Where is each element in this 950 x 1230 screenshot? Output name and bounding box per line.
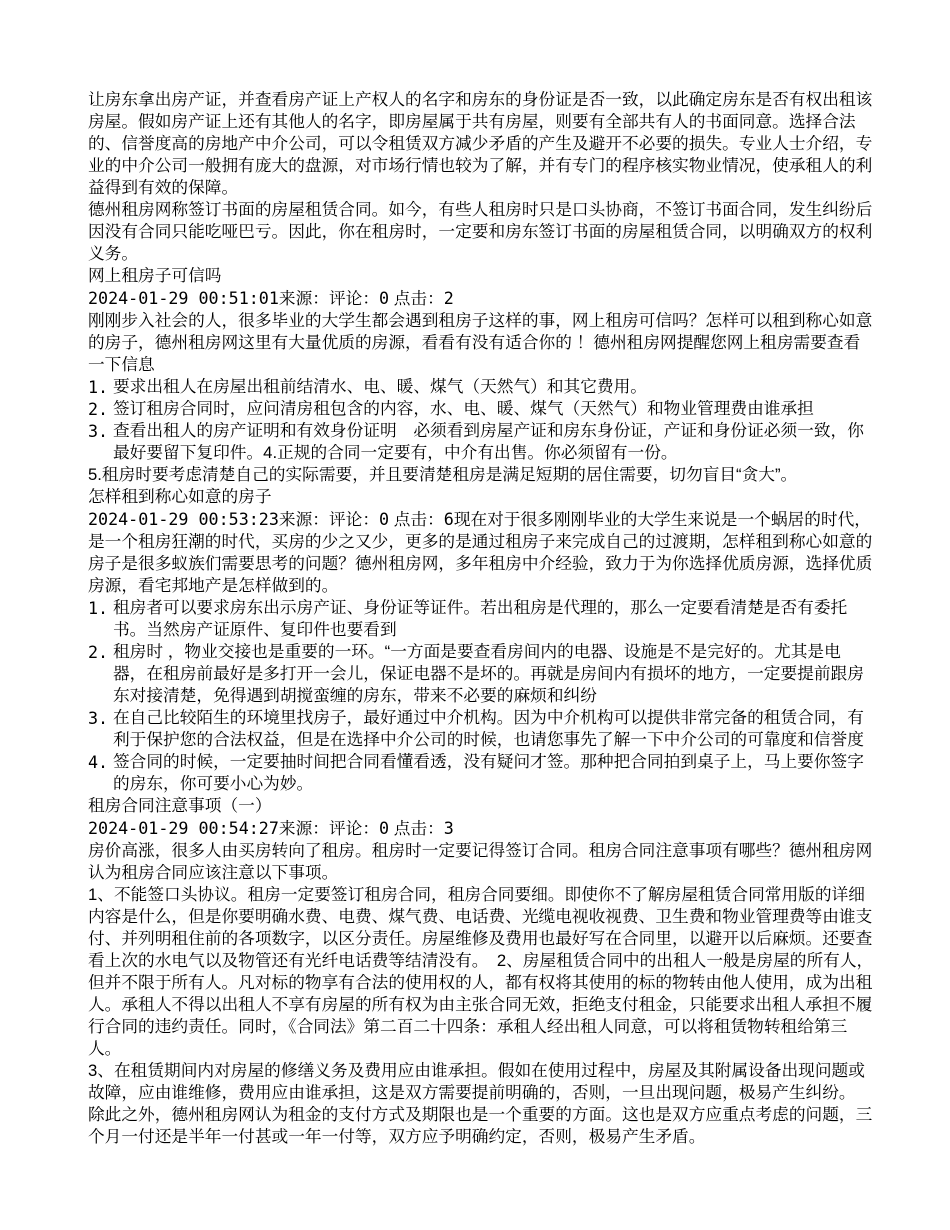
paragraph: 德州租房网称签订书面的房屋租赁合同。如今，有些人租房时只是口头协商，不签订书面合… [88, 199, 874, 265]
meta-source-label: 来源： [279, 289, 329, 308]
numbered-list: 1.租房者可以要求房东出示房产证、身份证等证件。若出租房是代理的，那么一定要看清… [88, 597, 874, 795]
paragraph: 1、不能签口头协议。租房一定要签订租房合同，租房合同要细。即使你不了解房屋租赁合… [88, 884, 874, 1060]
meta-source-label: 来源： [279, 819, 329, 838]
meta-clicks-count: 6 [444, 509, 454, 529]
list-item-number: 2. [88, 398, 113, 420]
meta-comments-label: 评论： [329, 819, 379, 838]
list-item: 1.要求出租人在房屋出租前结清水、电、暖、煤气（天然气）和其它费用。 [88, 376, 874, 398]
list-item: 3.查看出租人的房产证明和有效身份证明 必须看到房屋产证和房东身份证，产证和身份… [88, 420, 874, 464]
paragraph: 房价高涨，很多人由买房转向了租房。租房时一定要记得签订合同。租房合同注意事项有哪… [88, 840, 874, 884]
article-title: 租房合同注意事项（一） [88, 795, 874, 817]
list-item-text: 在自己比较陌生的环境里找房子，最好通过中介机构。因为中介机构可以提供非常完备的租… [113, 707, 874, 751]
meta-clicks-count: 2 [444, 288, 454, 308]
paragraph: 除此之外，德州租房网认为租金的支付方式及期限也是一个重要的方面。这也是双方应重点… [88, 1104, 874, 1148]
article-meta: 2024-01-29 00:51:01来源：评论：0 点击：2 [88, 287, 874, 310]
meta-datetime: 2024-01-29 00:51:01 [88, 288, 279, 308]
list-item-number: 2. [88, 641, 113, 707]
list-item: 3.在自己比较陌生的环境里找房子，最好通过中介机构。因为中介机构可以提供非常完备… [88, 707, 874, 751]
list-item-text: 租房时 ，物业交接也是重要的一环。“一方面是要查看房间内的电器、设施是不是完好的… [113, 641, 874, 707]
paragraph: 让房东拿出房产证，并查看房产证上产权人的名字和房东的身份证是否一致，以此确定房东… [88, 89, 874, 199]
list-item-text: 签订租房合同时，应问清房租包含的内容，水、电、暖、煤气（天然气）和物业管理费由谁… [113, 398, 874, 420]
list-item-number: 1. [88, 597, 113, 641]
meta-comments-label: 评论： [329, 510, 379, 529]
numbered-list: 1.要求出租人在房屋出租前结清水、电、暖、煤气（天然气）和其它费用。2.签订租房… [88, 376, 874, 464]
meta-datetime: 2024-01-29 00:53:23 [88, 509, 279, 529]
list-item: 2.租房时 ，物业交接也是重要的一环。“一方面是要查看房间内的电器、设施是不是完… [88, 641, 874, 707]
list-item-number: 4. [88, 751, 113, 795]
list-item-text: 租房者可以要求房东出示房产证、身份证等证件。若出租房是代理的，那么一定要看清楚是… [113, 597, 874, 641]
list-item-text: 要求出租人在房屋出租前结清水、电、暖、煤气（天然气）和其它费用。 [113, 376, 874, 398]
article-title: 网上租房子可信吗 [88, 265, 874, 287]
meta-comments-label: 评论： [329, 289, 379, 308]
list-item: 4.签合同的时候，一定要抽时间把合同看懂看透，没有疑问才签。那种把合同拍到桌子上… [88, 751, 874, 795]
meta-clicks-count: 3 [444, 818, 454, 838]
article-list: 让房东拿出房产证，并查看房产证上产权人的名字和房东的身份证是否一致，以此确定房东… [88, 89, 874, 1148]
list-item-number: 1. [88, 376, 113, 398]
meta-clicks-label: 点击： [394, 819, 444, 838]
document-page: 让房东拿出房产证，并查看房产证上产权人的名字和房东的身份证是否一致，以此确定房东… [0, 0, 950, 1230]
list-item-number: 3. [88, 420, 113, 464]
article-meta: 2024-01-29 00:53:23来源：评论：0 点击：6现在对于很多刚刚毕… [88, 508, 874, 597]
paragraph: 5.租房时要考虑清楚自己的实际需要，并且要清楚租房是满足短期的居住需要，切勿盲目… [88, 464, 874, 486]
article-title: 怎样租到称心如意的房子 [88, 486, 874, 508]
paragraph: 3、在租赁期间内对房屋的修缮义务及费用应由谁承担。假如在使用过程中，房屋及其附属… [88, 1060, 874, 1104]
list-item-number: 3. [88, 707, 113, 751]
list-item-text: 签合同的时候，一定要抽时间把合同看懂看透，没有疑问才签。那种把合同拍到桌子上，马… [113, 751, 874, 795]
meta-clicks-label: 点击： [394, 289, 444, 308]
list-item: 1.租房者可以要求房东出示房产证、身份证等证件。若出租房是代理的，那么一定要看清… [88, 597, 874, 641]
meta-datetime: 2024-01-29 00:54:27 [88, 818, 279, 838]
meta-comments-count: 0 [379, 288, 389, 308]
meta-source-label: 来源： [279, 510, 329, 529]
list-item-text: 查看出租人的房产证明和有效身份证明 必须看到房屋产证和房东身份证，产证和身份证必… [113, 420, 874, 464]
paragraph: 刚刚步入社会的人，很多毕业的大学生都会遇到租房子这样的事，网上租房可信吗？怎样可… [88, 310, 874, 376]
meta-comments-count: 0 [379, 509, 389, 529]
article-meta: 2024-01-29 00:54:27来源：评论：0 点击：3 [88, 817, 874, 840]
meta-comments-count: 0 [379, 818, 389, 838]
list-item: 2.签订租房合同时，应问清房租包含的内容，水、电、暖、煤气（天然气）和物业管理费… [88, 398, 874, 420]
meta-clicks-label: 点击： [394, 510, 444, 529]
